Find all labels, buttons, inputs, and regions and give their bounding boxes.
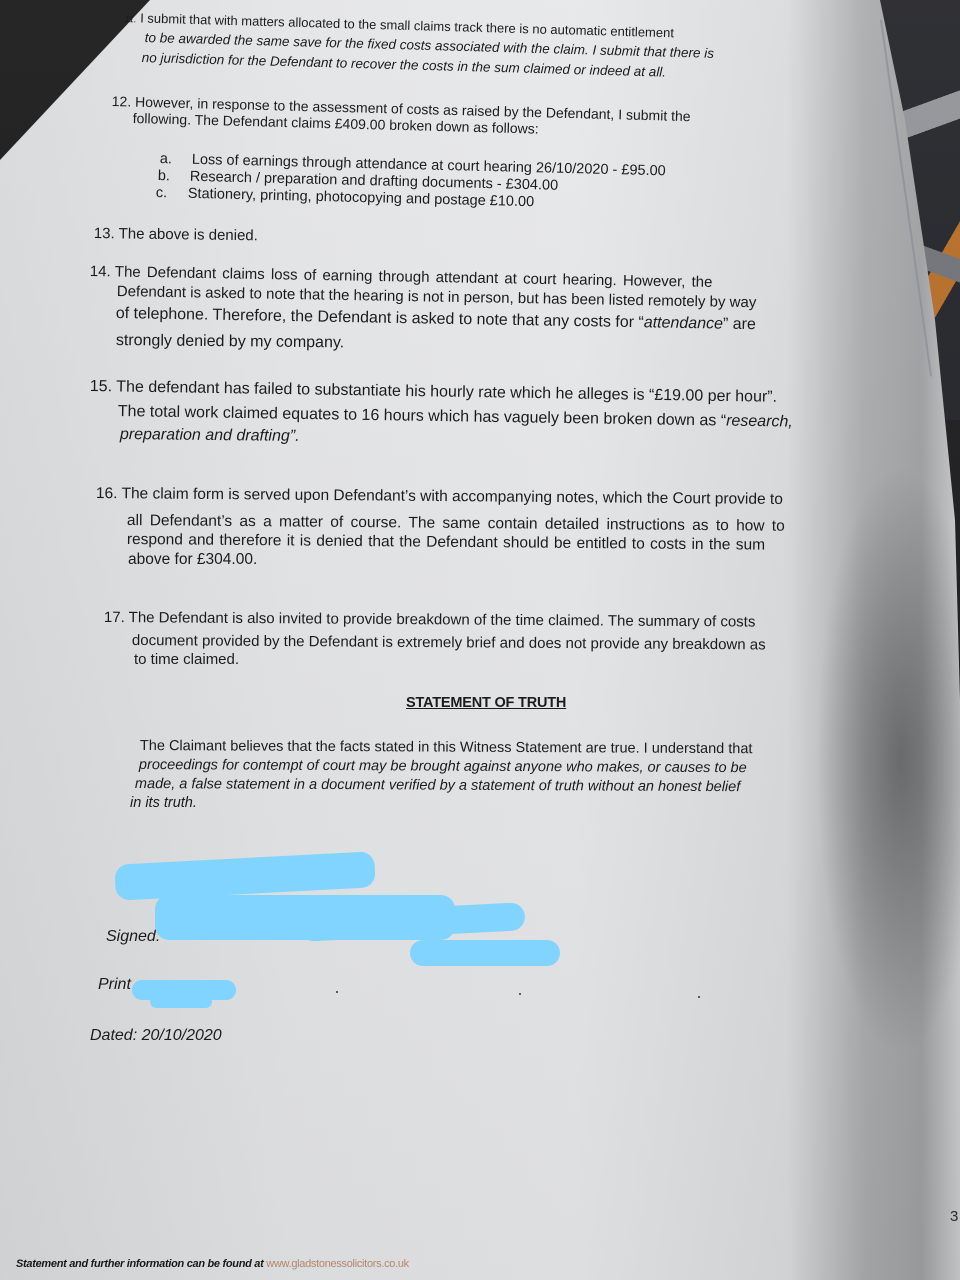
statement-text: in its truth. (130, 795, 197, 811)
statement-text: The Claimant believes that the facts sta… (140, 738, 753, 757)
paragraph-number: 12. (112, 92, 132, 112)
dated-label: Dated: 20/10/2020 (90, 1027, 222, 1045)
paragraph-line: The Defendant is also invited to provide… (129, 609, 756, 630)
paragraph-16: 16. The claim form is served upon Defend… (96, 484, 783, 509)
paragraph-15-line-3: preparation and drafting”. (120, 425, 300, 446)
paper-speck (519, 993, 521, 995)
paragraph-line-tail: ” are (723, 316, 756, 334)
paragraph-14-line-4: strongly denied by my company. (116, 331, 344, 352)
footer-url[interactable]: www.gladstonessolicitors.co.uk (266, 1258, 409, 1270)
paragraph-line: The claim form is served upon Defendant’… (121, 485, 783, 508)
statement-line-3: made, a false statement in a document ve… (135, 775, 740, 797)
paragraph-line: above for £304.00. (128, 551, 257, 568)
paragraph-17: 17. The Defendant is also invited to pro… (104, 608, 756, 632)
item-label: b. (158, 169, 186, 185)
paper-speck (698, 996, 700, 998)
paragraph-17-line-3: to time claimed. (134, 650, 239, 669)
print-name-redaction (150, 995, 212, 1008)
signature-redaction (410, 940, 560, 966)
paragraph-number: 13. (94, 224, 115, 243)
statement-line-4: in its truth. (130, 794, 197, 813)
paper-speck (336, 991, 338, 993)
paragraph-line: to time claimed. (134, 651, 239, 668)
footer: Statement and further information can be… (16, 1258, 409, 1270)
signature-redaction (114, 851, 376, 901)
paragraph-line: strongly denied by my company. (116, 332, 344, 351)
paragraph-line: The above is denied. (119, 225, 258, 244)
document: 11. I submit that with matters allocated… (0, 0, 960, 1280)
paragraph-number: 15. (90, 377, 113, 396)
paragraph-number: 11. (124, 10, 136, 29)
paragraph-line: preparation and drafting”. (120, 426, 300, 445)
paragraph-number: 14. (90, 262, 111, 281)
statement-of-truth-heading: STATEMENT OF TRUTH (406, 695, 566, 711)
item-label: a. (160, 152, 188, 168)
paragraph-line: of telephone. Therefore, the Defendant i… (116, 305, 644, 331)
footer-text: Statement and further information can be… (16, 1258, 263, 1270)
paragraph-number: 17. (104, 608, 125, 627)
signed-label: Signed: (106, 928, 160, 946)
page-number: 3 (950, 1208, 958, 1225)
print-label: Print (98, 976, 131, 994)
photo-scene: 11. I submit that with matters allocated… (0, 0, 960, 1280)
emphasis-attendance: attendance (644, 314, 723, 332)
emphasis-research: research, (726, 413, 793, 431)
item-label: c. (156, 186, 184, 202)
paragraph-13: 13. The above is denied. (94, 224, 258, 245)
statement-text: proceedings for contempt of court may be… (139, 757, 747, 776)
paragraph-line: The defendant has failed to substantiate… (116, 378, 777, 405)
statement-text: made, a false statement in a document ve… (135, 776, 740, 795)
paragraph-number: 16. (96, 484, 118, 503)
paragraph-16-line-4: above for £304.00. (128, 550, 257, 569)
